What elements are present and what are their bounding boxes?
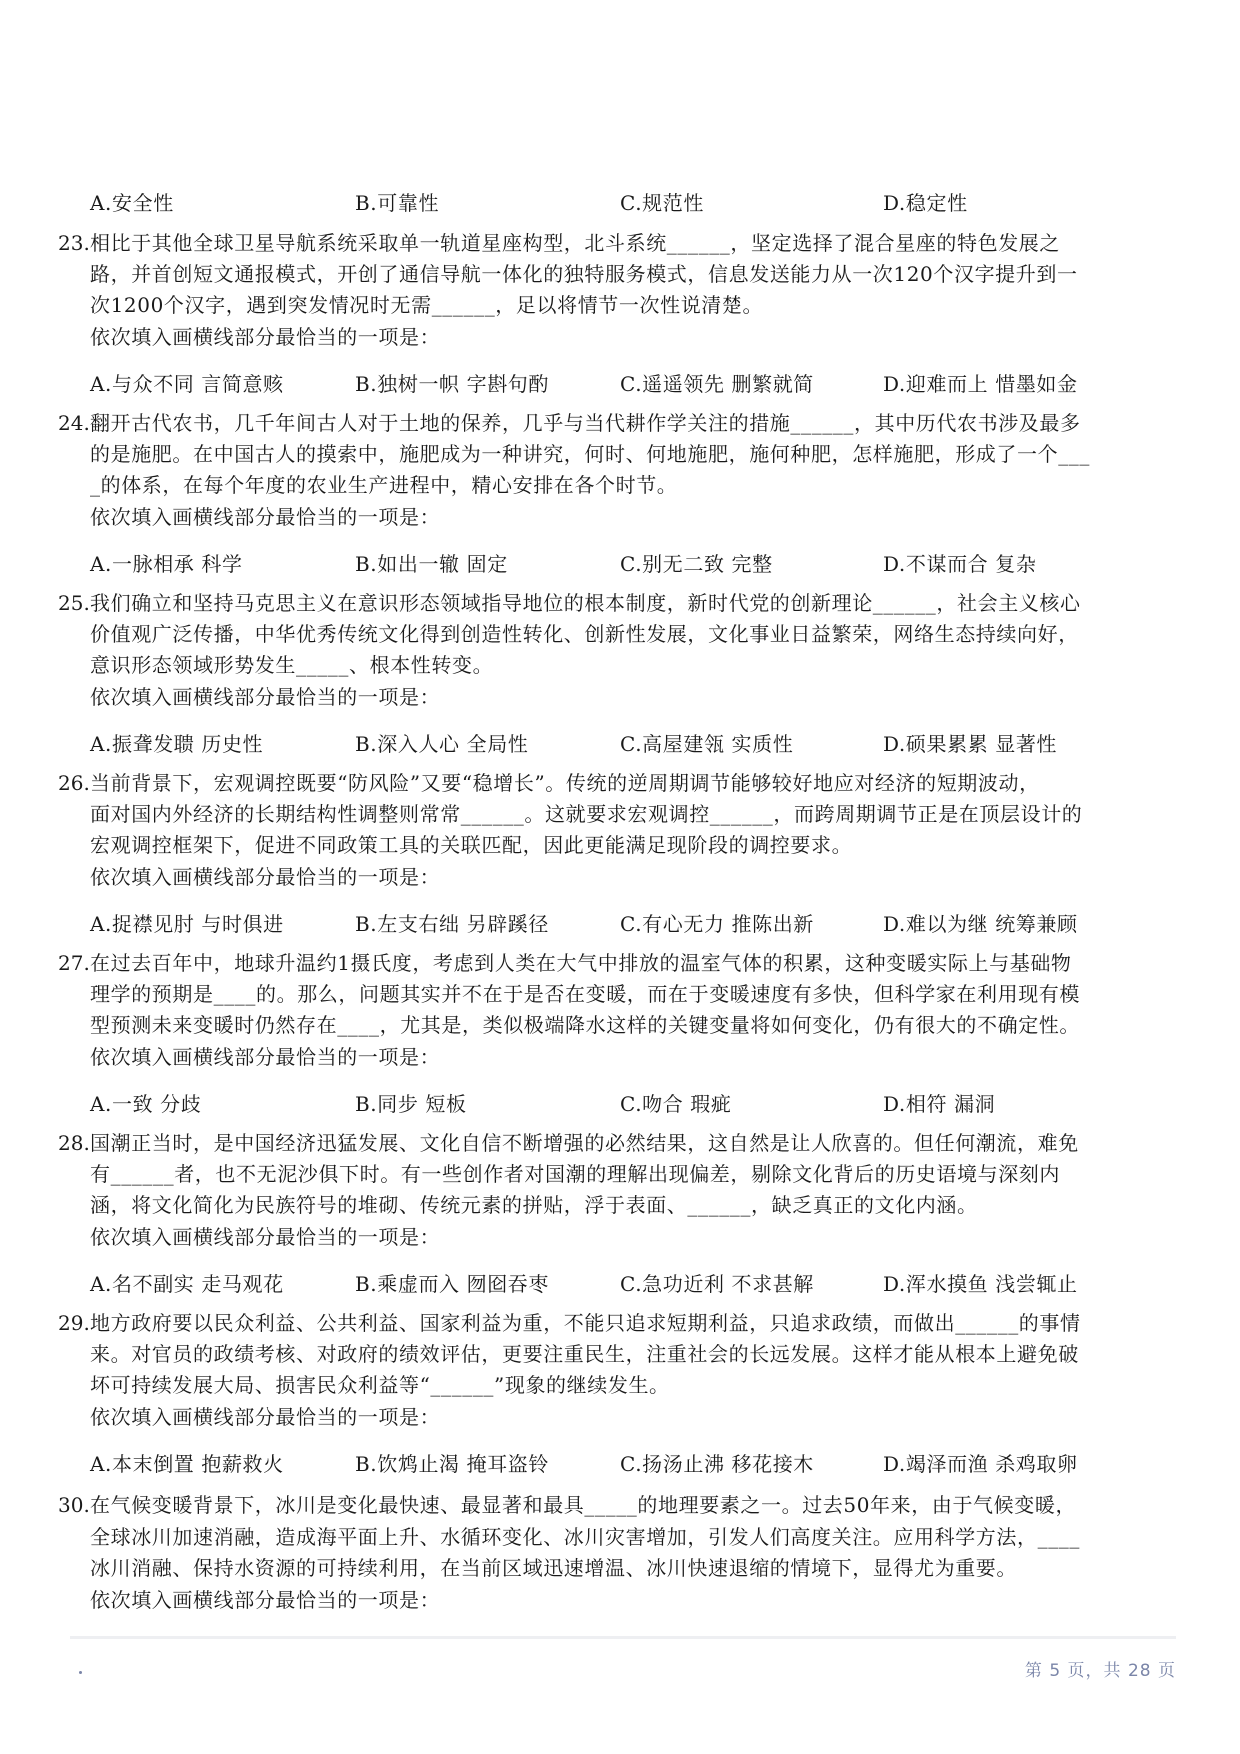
option-a: A.振聋发聩 历史性 (90, 732, 263, 756)
question-text-line: 国潮正当时，是中国经济迅猛发展、文化自信不断增强的必然结果，这自然是让人欣喜的。… (90, 1131, 1079, 1155)
question-text-line: 价值观广泛传播，中华优秀传统文化得到创造性转化、创新性发展，文化事业日益繁荣，网… (90, 622, 1079, 646)
question-text-line: 坏可持续发展大局、损害民众利益等“______”现象的继续发生。 (90, 1373, 670, 1397)
question-text-line: 理学的预期是____的。那么，问题其实并不在于是否在变暖，而在于变暖速度有多快，… (90, 982, 1080, 1006)
footer-divider (70, 1636, 1176, 1639)
question-prompt: 依次填入画横线部分最恰当的一项是： (90, 1225, 440, 1249)
option-c: C.规范性 (620, 191, 704, 215)
question-text-line: 意识形态领域形势发生_____、根本性转变。 (90, 653, 493, 677)
question-text-line: 当前背景下，宏观调控既要“防风险”又要“稳增长”。传统的逆周期调节能够较好地应对… (90, 771, 1040, 795)
question-prompt: 依次填入画横线部分最恰当的一项是： (90, 1405, 440, 1429)
option-d: D.硕果累累 显著性 (883, 732, 1057, 756)
option-b: B.如出一辙 固定 (355, 552, 508, 576)
option-d: D.不谋而合 复杂 (883, 552, 1036, 576)
option-d: D.迎难而上 惜墨如金 (883, 372, 1078, 396)
question-prompt: 依次填入画横线部分最恰当的一项是： (90, 1045, 440, 1069)
option-c: C.急功近利 不求甚解 (620, 1272, 814, 1296)
option-a: A.本末倒置 抱薪救火 (90, 1452, 284, 1476)
option-a: A.名不副实 走马观花 (90, 1272, 284, 1296)
question-text-line: 有______者，也不无泥沙俱下时。有一些创作者对国潮的理解出现偏差，剔除文化背… (90, 1162, 1060, 1186)
question-text-line: _的体系，在每个年度的农业生产进程中，精心安排在各个时节。 (90, 473, 677, 497)
footer-dot (79, 1671, 82, 1674)
option-a: A.安全性 (90, 191, 174, 215)
question-text-line: 面对国内外经济的长期结构性调整则常常______。这就要求宏观调控______，… (90, 802, 1082, 826)
page-number: 第 5 页，共 28 页 (1025, 1660, 1176, 1682)
option-b: B.饮鸩止渴 掩耳盗铃 (355, 1452, 549, 1476)
question-number: 24. (58, 411, 90, 435)
exam-page: A.安全性 B.可靠性 C.规范性 D.稳定性 23. 相比于其他全球卫星导航系… (0, 0, 1240, 1754)
option-c: C.扬汤止沸 移花接木 (620, 1452, 814, 1476)
option-b: B.左支右绌 另辟蹊径 (355, 912, 549, 936)
question-text-line: 型预测未来变暖时仍然存在____，尤其是，类似极端降水这样的关键变量将如何变化，… (90, 1013, 1080, 1037)
option-a: A.一致 分歧 (90, 1092, 201, 1116)
question-prompt: 依次填入画横线部分最恰当的一项是： (90, 1588, 440, 1612)
question-number: 26. (58, 771, 90, 795)
option-d: D.难以为继 统筹兼顾 (883, 912, 1078, 936)
option-b: B.深入人心 全局性 (355, 732, 528, 756)
question-prompt: 依次填入画横线部分最恰当的一项是： (90, 865, 440, 889)
question-text-line: 相比于其他全球卫星导航系统采取单一轨道星座构型，北斗系统______，坚定选择了… (90, 231, 1060, 255)
question-text-line: 来。对官员的政绩考核、对政府的绩效评估，更要注重民生，注重社会的长远发展。这样才… (90, 1342, 1079, 1366)
option-c: C.遥遥领先 删繁就简 (620, 372, 814, 396)
option-b: B.独树一帜 字斟句酌 (355, 372, 549, 396)
question-text-line: 我们确立和坚持马克思主义在意识形态领域指导地位的根本制度，新时代党的创新理论__… (90, 591, 1081, 615)
question-text-line: 涵，将文化简化为民族符号的堆砌、传统元素的拼贴，浮于表面、______，缺乏真正… (90, 1193, 978, 1217)
question-text-line: 的是施肥。在中国古人的摸索中，施肥成为一种讲究，何时、何地施肥，施何种肥，怎样施… (90, 442, 1090, 466)
option-c: C.别无二致 完整 (620, 552, 773, 576)
question-number: 30. (58, 1493, 90, 1517)
question-text-line: 宏观调控框架下，促进不同政策工具的关联匹配，因此更能满足现阶段的调控要求。 (90, 833, 852, 857)
question-prompt: 依次填入画横线部分最恰当的一项是： (90, 505, 440, 529)
option-b: B.可靠性 (355, 191, 439, 215)
option-b: B.乘虚而入 囫囵吞枣 (355, 1272, 549, 1296)
option-c: C.有心无力 推陈出新 (620, 912, 814, 936)
question-number: 25. (58, 591, 90, 615)
question-text-line: 路，并首创短文通报模式，开创了通信导航一体化的独特服务模式，信息发送能力从一次1… (90, 262, 1078, 286)
question-text-line: 在气候变暖背景下，冰川是变化最快速、最显著和最具_____的地理要素之一。过去5… (90, 1493, 1076, 1517)
option-a: A.一脉相承 科学 (90, 552, 243, 576)
question-prompt: 依次填入画横线部分最恰当的一项是： (90, 685, 440, 709)
question-text-line: 在过去百年中，地球升温约1摄氏度，考虑到人类在大气中排放的温室气体的积累，这种变… (90, 951, 1072, 975)
option-d: D.浑水摸鱼 浅尝辄止 (883, 1272, 1078, 1296)
question-number: 28. (58, 1131, 90, 1155)
option-d: D.竭泽而渔 杀鸡取卵 (883, 1452, 1078, 1476)
option-b: B.同步 短板 (355, 1092, 467, 1116)
option-d: D.稳定性 (883, 191, 968, 215)
question-number: 27. (58, 951, 90, 975)
question-text-line: 次1200个汉字，遇到突发情况时无需______，足以将情节一次性说清楚。 (90, 293, 763, 317)
question-text-line: 全球冰川加速消融，造成海平面上升、水循环变化、冰川灾害增加，引发人们高度关注。应… (90, 1525, 1080, 1549)
option-c: C.高屋建瓴 实质性 (620, 732, 793, 756)
question-number: 23. (58, 231, 90, 255)
option-a: A.捉襟见肘 与时俱进 (90, 912, 284, 936)
question-text-line: 地方政府要以民众利益、公共利益、国家利益为重，不能只追求短期利益，只追求政绩，而… (90, 1311, 1081, 1335)
question-text-line: 冰川消融、保持水资源的可持续利用，在当前区域迅速增温、冰川快速退缩的情境下，显得… (90, 1556, 1017, 1580)
option-d: D.相符 漏洞 (883, 1092, 995, 1116)
question-prompt: 依次填入画横线部分最恰当的一项是： (90, 325, 440, 349)
option-a: A.与众不同 言简意赅 (90, 372, 284, 396)
question-number: 29. (58, 1311, 90, 1335)
option-c: C.吻合 瑕疵 (620, 1092, 732, 1116)
question-text-line: 翻开古代农书，几千年间古人对于土地的保养，几乎与当代耕作学关注的措施______… (90, 411, 1081, 435)
